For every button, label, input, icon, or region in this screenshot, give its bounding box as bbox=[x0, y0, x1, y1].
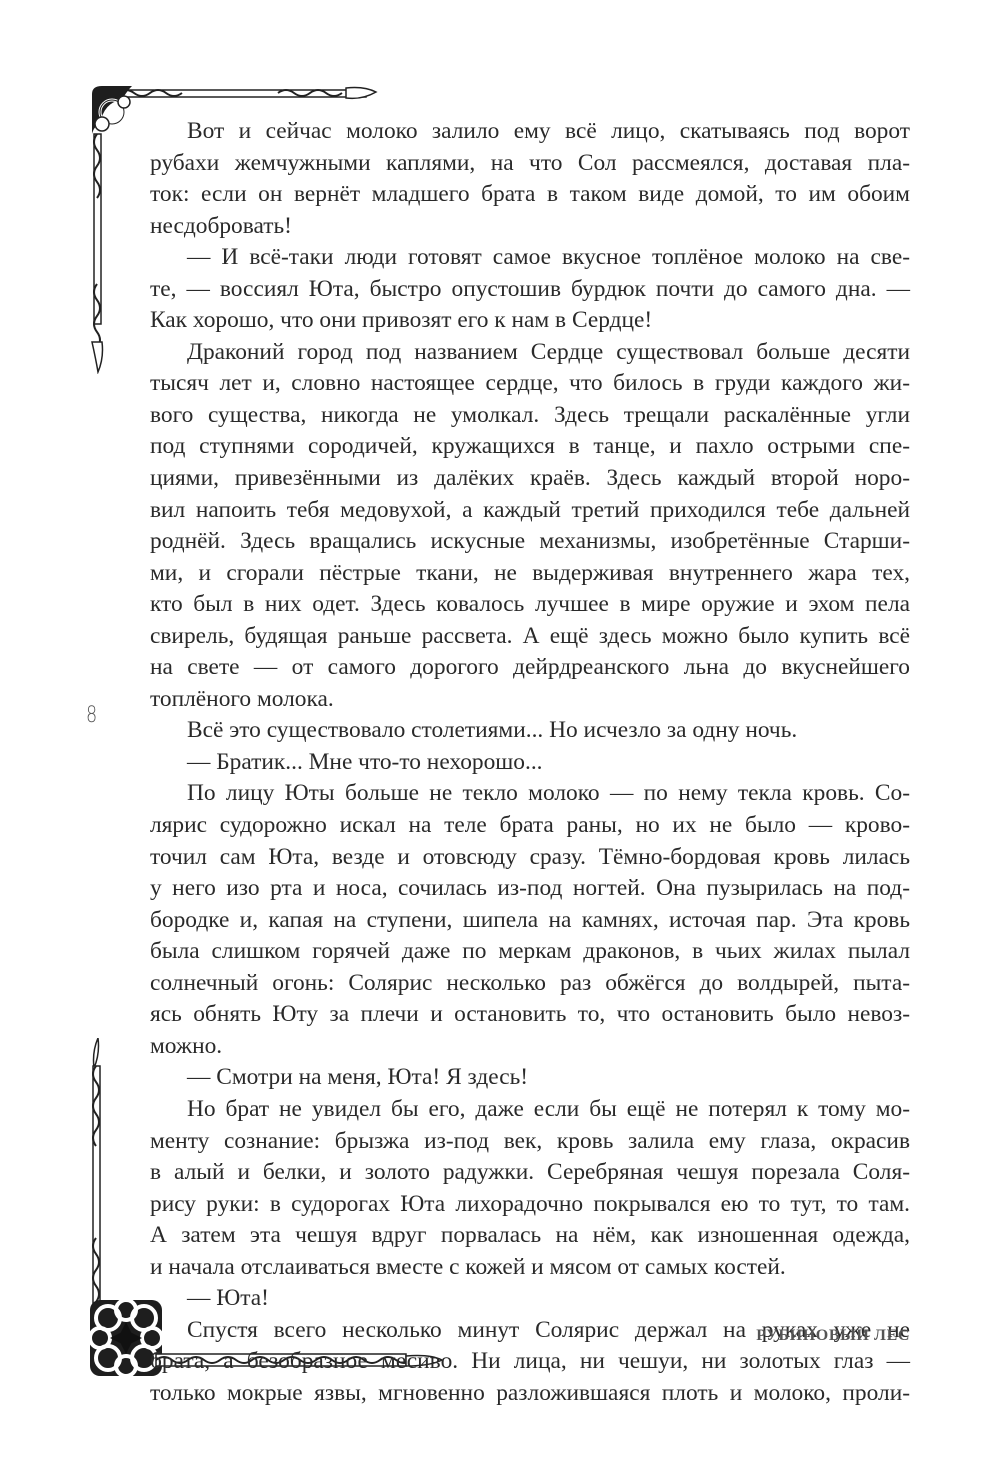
text-line: в алый и белки, и золото радужки. Серебр… bbox=[150, 1157, 910, 1189]
book-page: 8 Вот и сейчас молоко залило ему всё лиц… bbox=[0, 0, 1000, 1467]
text-line: Драконий город под названием Сердце суще… bbox=[150, 337, 910, 369]
body-text: Вот и сейчас молоко залило ему всё лицо,… bbox=[150, 116, 910, 1409]
text-line: — Смотри на меня, Юта! Я здесь! bbox=[150, 1062, 910, 1094]
paragraph: Драконий город под названием Сердце суще… bbox=[150, 337, 910, 716]
text-line: А затем эта чешуя вдруг порвалась на нём… bbox=[150, 1220, 910, 1252]
text-line: те, — воссиял Юта, быстро опустошив бурд… bbox=[150, 274, 910, 306]
text-line: — Братик... Мне что-то нехорошо... bbox=[150, 747, 910, 779]
paragraph: По лицу Юты больше не текло молоко — по … bbox=[150, 778, 910, 1062]
text-line: солнечный огонь: Солярис несколько раз о… bbox=[150, 968, 910, 1000]
paragraph: Но брат не увидел бы его, даже если бы е… bbox=[150, 1094, 910, 1283]
paragraph: Вот и сейчас молоко залило ему всё лицо,… bbox=[150, 116, 910, 242]
text-line: — Юта! bbox=[150, 1283, 910, 1315]
text-line: рубахи жемчужными каплями, на что Сол ра… bbox=[150, 148, 910, 180]
text-line: менту сознание: брызжа из-под век, кровь… bbox=[150, 1126, 910, 1158]
text-line: свирель, будящая раньше рассвета. А ещё … bbox=[150, 621, 910, 653]
text-line: Всё это существовало столетиями... Но ис… bbox=[150, 715, 910, 747]
text-line: брата, а безобразное месиво. Ни лица, ни… bbox=[150, 1346, 910, 1378]
text-line: на свете — от самого дорогого дейрдреанс… bbox=[150, 652, 910, 684]
text-line: рису руки: в судорогах Юта лихорадочно п… bbox=[150, 1189, 910, 1221]
text-line: под ступнями сородичей, кружащихся в тан… bbox=[150, 431, 910, 463]
text-line: Вот и сейчас молоко залило ему всё лицо,… bbox=[150, 116, 910, 148]
paragraph: — Братик... Мне что-то нехорошо... bbox=[150, 747, 910, 779]
text-line: только мокрые язвы, мгновенно разложивша… bbox=[150, 1378, 910, 1410]
text-line: можно. bbox=[150, 1031, 910, 1063]
text-line: бородке и, капая на ступени, шипела на к… bbox=[150, 905, 910, 937]
text-line: кто был в них одет. Здесь ковалось лучше… bbox=[150, 589, 910, 621]
paragraph: — И всё-таки люди готовят самое вкусное … bbox=[150, 242, 910, 337]
text-line: циями, привезёнными из далёких краёв. Зд… bbox=[150, 463, 910, 495]
text-line: топлёного молока. bbox=[150, 684, 910, 716]
text-line: несдобровать! bbox=[150, 211, 910, 243]
paragraph: — Юта! bbox=[150, 1283, 910, 1315]
paragraph: — Смотри на меня, Юта! Я здесь! bbox=[150, 1062, 910, 1094]
text-line: По лицу Юты больше не текло молоко — по … bbox=[150, 778, 910, 810]
running-footer-book-title: РУБИНОВЫЙ ЛЕС bbox=[756, 1327, 910, 1345]
text-line: тысяч лет и, словно настоящее сердце, чт… bbox=[150, 368, 910, 400]
text-line: роднёй. Здесь вращались искусные механиз… bbox=[150, 526, 910, 558]
text-line: у него изо рта и носа, сочилась из-под н… bbox=[150, 873, 910, 905]
text-line: лярис судорожно искал на теле брата раны… bbox=[150, 810, 910, 842]
text-line: вил напоить тебя медовухой, а каждый тре… bbox=[150, 495, 910, 527]
text-line: вого существа, никогда не умолкал. Здесь… bbox=[150, 400, 910, 432]
text-line: Но брат не увидел бы его, даже если бы е… bbox=[150, 1094, 910, 1126]
paragraph: Всё это существовало столетиями... Но ис… bbox=[150, 715, 910, 747]
text-line: ток: если он вернёт младшего брата в так… bbox=[150, 179, 910, 211]
page-number: 8 bbox=[86, 703, 97, 728]
text-line: и начала отслаиваться вместе с кожей и м… bbox=[150, 1252, 910, 1284]
text-line: — И всё-таки люди готовят самое вкусное … bbox=[150, 242, 910, 274]
text-line: Как хорошо, что они привозят его к нам в… bbox=[150, 305, 910, 337]
text-line: ясь обнять Юту за плечи и остановить то,… bbox=[150, 999, 910, 1031]
text-line: была слишком горячей даже по меркам драк… bbox=[150, 936, 910, 968]
text-line: точил сам Юта, везде и отовсюду сразу. Т… bbox=[150, 842, 910, 874]
text-line: ми, и сгорали пёстрые ткани, не выдержив… bbox=[150, 558, 910, 590]
